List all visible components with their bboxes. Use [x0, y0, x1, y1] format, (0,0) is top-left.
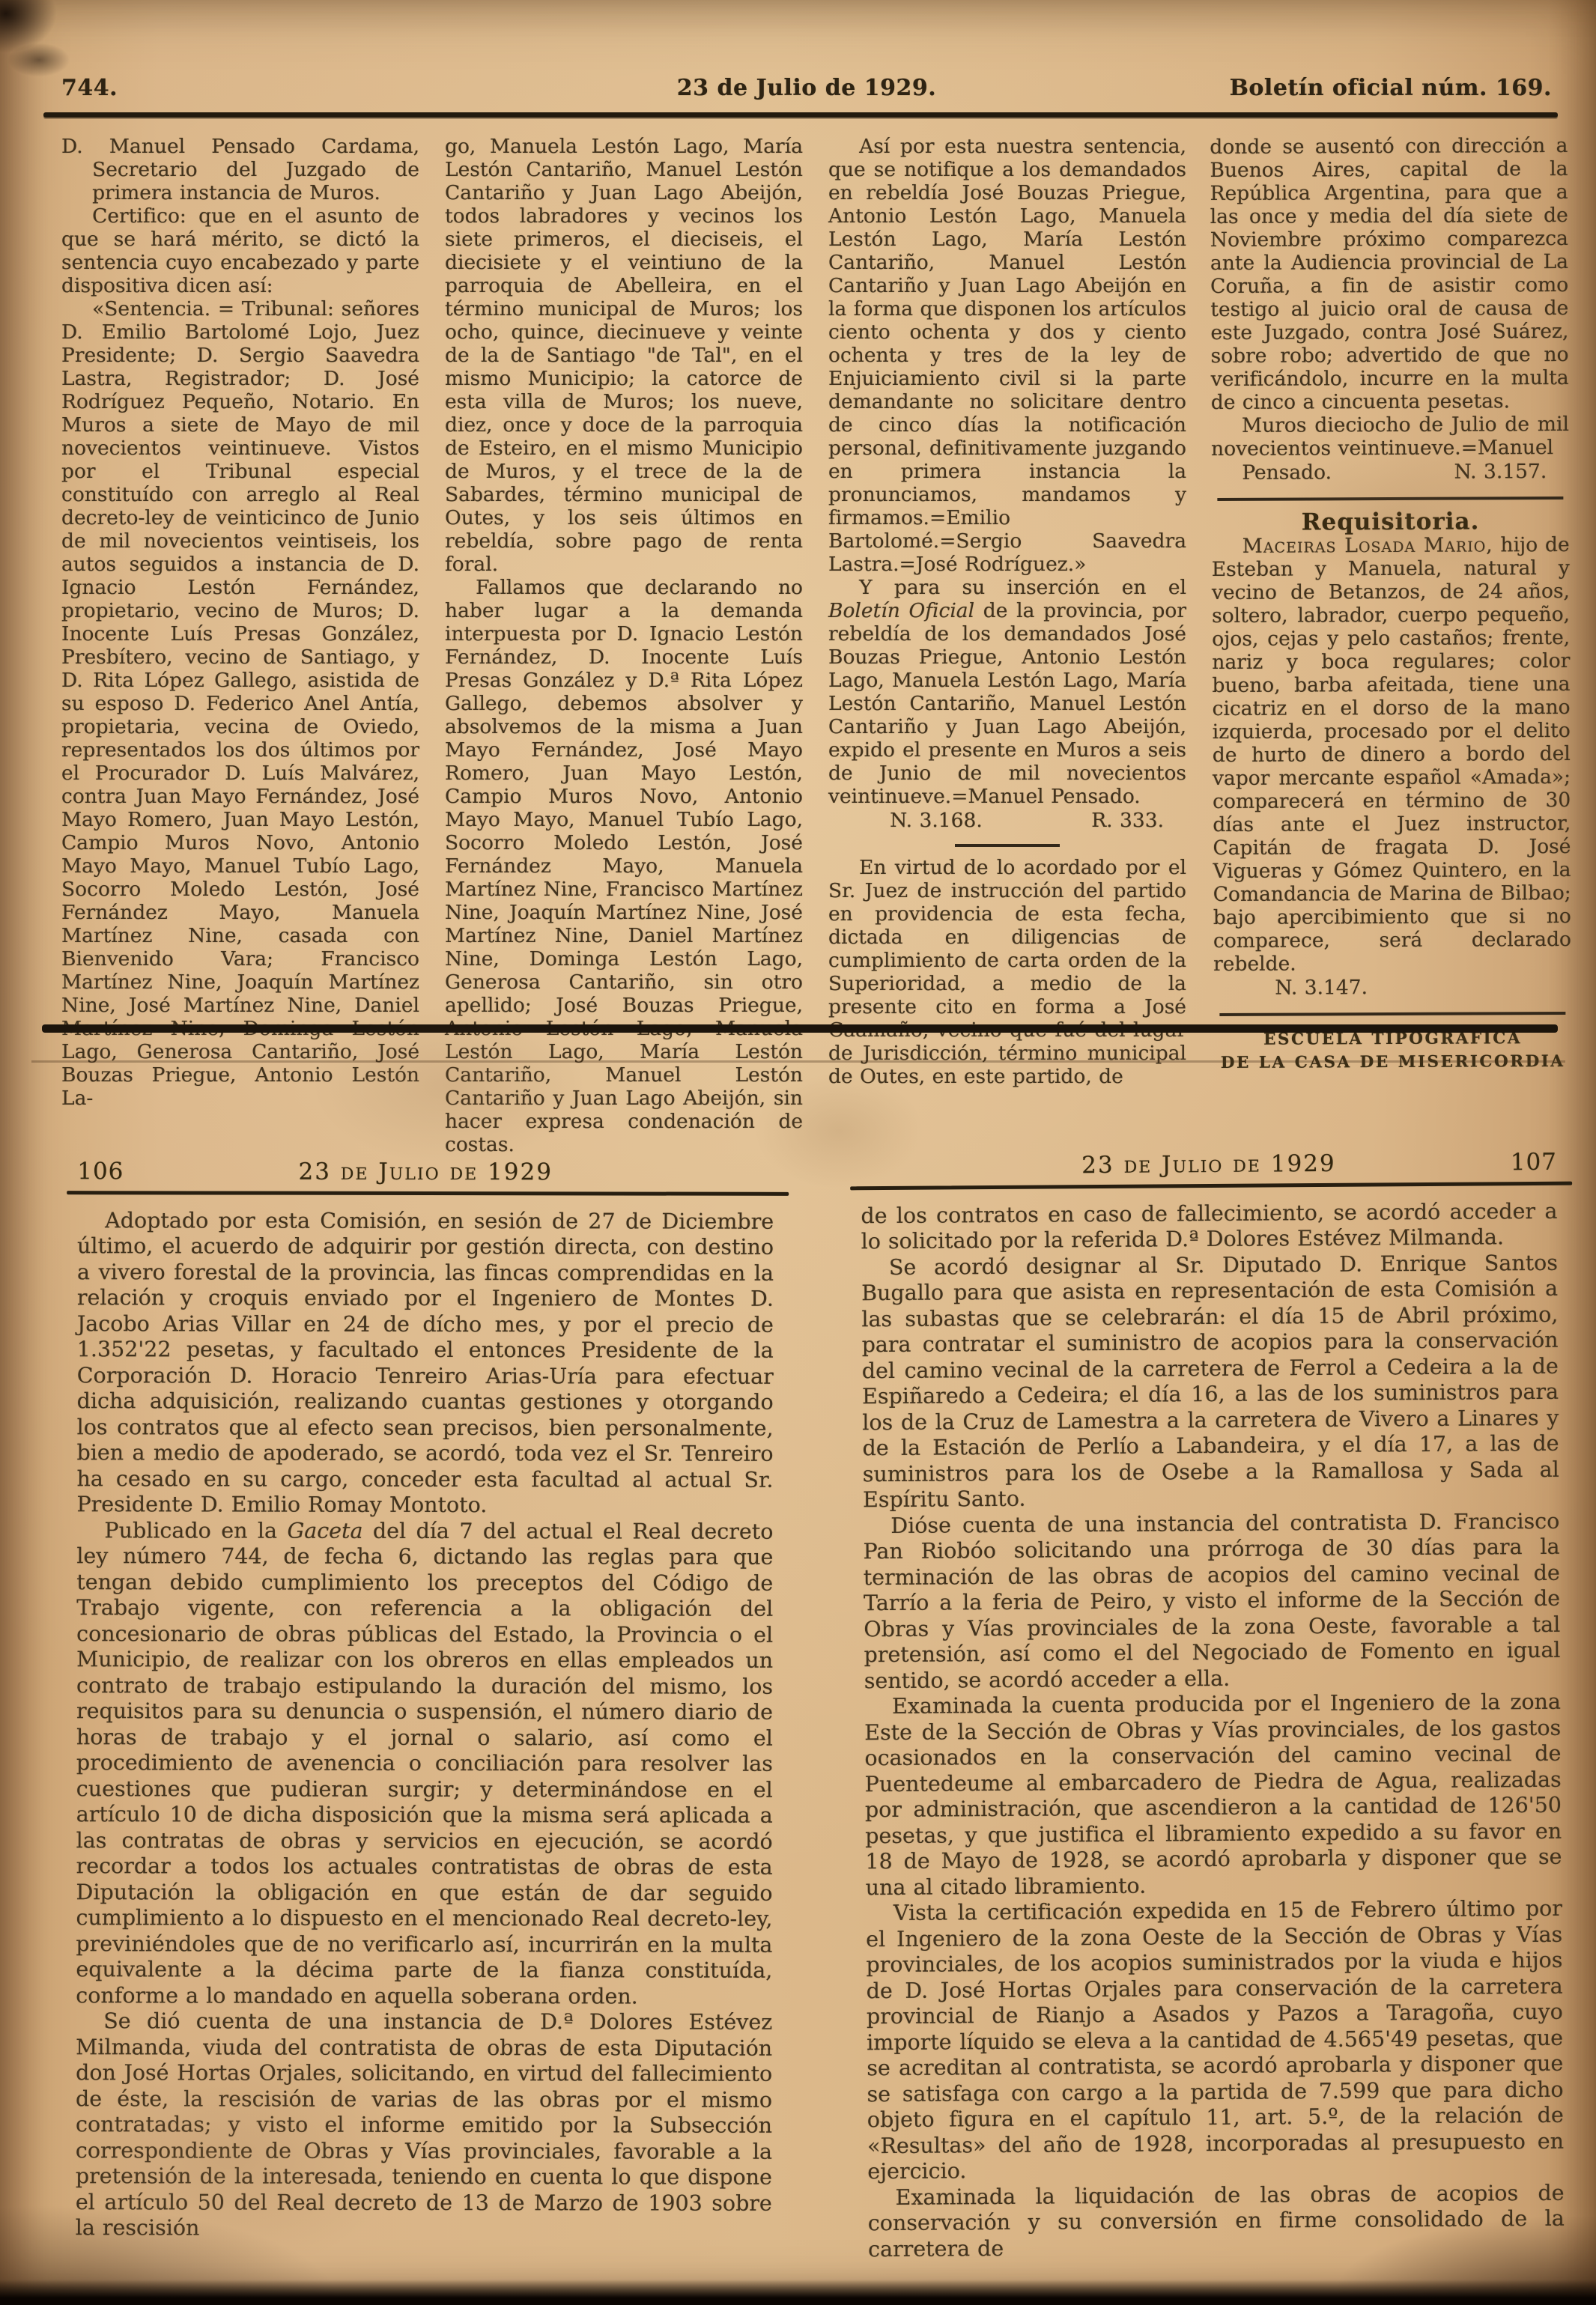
masthead-bulletin-number: Boletín oficial núm. 169. [936, 75, 1552, 101]
paragraph: Certifico: que en el asunto de que se ha… [61, 204, 419, 297]
page-107-header-rule [850, 1181, 1572, 1190]
paragraph: Muros dieciocho de Julio de mil novecien… [1211, 413, 1569, 461]
paragraph: Fallamos que declarando no haber lugar a… [445, 576, 803, 1156]
paragraph-continuation: donde se ausentó con dirección a Buenos … [1210, 134, 1569, 414]
top-column-2: go, Manuela Lestón Lago, María Lestón Ca… [445, 135, 803, 1156]
paragraph: Maceiras Losada Mario, hijo de Esteban y… [1212, 533, 1572, 976]
paragraph-text: de la provincia, por rebeldía de los dem… [828, 599, 1186, 808]
divider-rule [955, 844, 1060, 847]
divider-rule [1219, 1012, 1565, 1016]
notice-signatory: D. Manuel Pensado Cardama, Secretario de… [61, 135, 419, 204]
paragraph-text: Y para su inserción en el [859, 576, 1186, 599]
paragraph: Examinada la liquidación de las obras de… [867, 2180, 1565, 2262]
notice-reference-line: Pensado. N. 3.157. [1211, 459, 1569, 486]
spacer [553, 1179, 774, 1180]
paragraph: Y para su inserción en el Boletín Oficia… [828, 576, 1186, 808]
notice-number: N. 3.168. [828, 808, 983, 833]
paragraph: Publicado en la Gaceta del día 7 del act… [76, 1518, 773, 2010]
page-107-date: 23 de Julio de 1929 [1081, 1151, 1336, 1179]
signature: Pensado. [1211, 460, 1332, 486]
italic-title: Gaceta [287, 1518, 362, 1543]
bottom-page-106: 106 23 de Julio de 1929 Adoptado por est… [76, 1158, 774, 2242]
paragraph-text: hijo de Esteban y Manuela, natural y vec… [1212, 533, 1571, 976]
paragraph: Se acordó designar al Sr. Diputado D. En… [861, 1250, 1559, 1513]
page-106-header-rule [67, 1191, 789, 1196]
paragraph: En virtud de lo acordado por el Sr. Juez… [828, 856, 1186, 1088]
paragraph: Examinada la cuenta producida por el Ing… [864, 1689, 1562, 1901]
top-column-1: D. Manuel Pensado Cardama, Secretario de… [61, 135, 419, 1110]
notice-reference-line: N. 3.147. [1213, 974, 1571, 1001]
paragraph-continuation: go, Manuela Lestón Lago, María Lestón Ca… [445, 135, 803, 576]
spacer [861, 1173, 1081, 1174]
page-106-header: 106 23 de Julio de 1929 [77, 1158, 774, 1185]
scanned-gazette-page: 744. 23 de Julio de 1929. Boletín oficia… [0, 0, 1596, 2305]
top-column-3: Así por esta nuestra sentencia, que se n… [828, 135, 1186, 1088]
top-column-4: donde se ausentó con dirección a Buenos … [1210, 134, 1571, 1075]
page-107-header: 23 de Julio de 1929 107 [861, 1150, 1557, 1180]
masthead: 744. 23 de Julio de 1929. Boletín oficia… [61, 75, 1552, 101]
page-106-number: 106 [77, 1158, 298, 1185]
divider-rule [1217, 496, 1563, 501]
paragraph: Se dió cuenta de una instancia de D.ª Do… [76, 2008, 773, 2242]
paragraph: Vista la certificación expedida en 15 de… [866, 1896, 1565, 2185]
notice-number: N. 3.157. [1423, 459, 1569, 485]
paragraph-continuation: de los contratos en caso de fallecimient… [861, 1198, 1557, 1254]
paragraph: Adoptado por esta Comisión, en sesión de… [76, 1208, 774, 1519]
italic-title: Boletín Oficial [828, 599, 974, 622]
requisitoria-heading: Requisitoria. [1211, 510, 1569, 535]
scan-bottom-edge [0, 2280, 1596, 2305]
paragraph: Dióse cuenta de una instancia del contra… [863, 1508, 1561, 1694]
section-divider-shadow [31, 1060, 1565, 1063]
printer-imprint: ESCUELA TIPOGRÁFICA DE LA CASA DE MISERI… [1213, 1027, 1571, 1075]
masthead-page-number: 744. [61, 75, 677, 101]
page-106-date: 23 de Julio de 1929 [298, 1159, 553, 1185]
paragraph-text: del día 7 del actual el Real decreto ley… [76, 1518, 773, 2008]
notice-number: N. 3.147. [1213, 975, 1368, 1001]
section-divider-rule [42, 1024, 1558, 1033]
notice-reference-line: N. 3.168. R. 333. [828, 808, 1186, 833]
notice-register-number: R. 333. [1061, 808, 1186, 833]
paragraph-text: Publicado en la [104, 1518, 287, 1543]
masthead-rule [43, 112, 1558, 118]
paragraph: Así por esta nuestra sentencia, que se n… [828, 135, 1186, 576]
bottom-page-107: 23 de Julio de 1929 107 de los contratos… [861, 1150, 1565, 2262]
paragraph: «Sentencia. = Tribunal: señores D. Emili… [61, 297, 419, 1110]
page-107-number: 107 [1336, 1150, 1557, 1177]
masthead-date: 23 de Julio de 1929. [677, 75, 936, 101]
person-name-smallcaps: Maceiras Losada Mario, [1242, 533, 1493, 557]
